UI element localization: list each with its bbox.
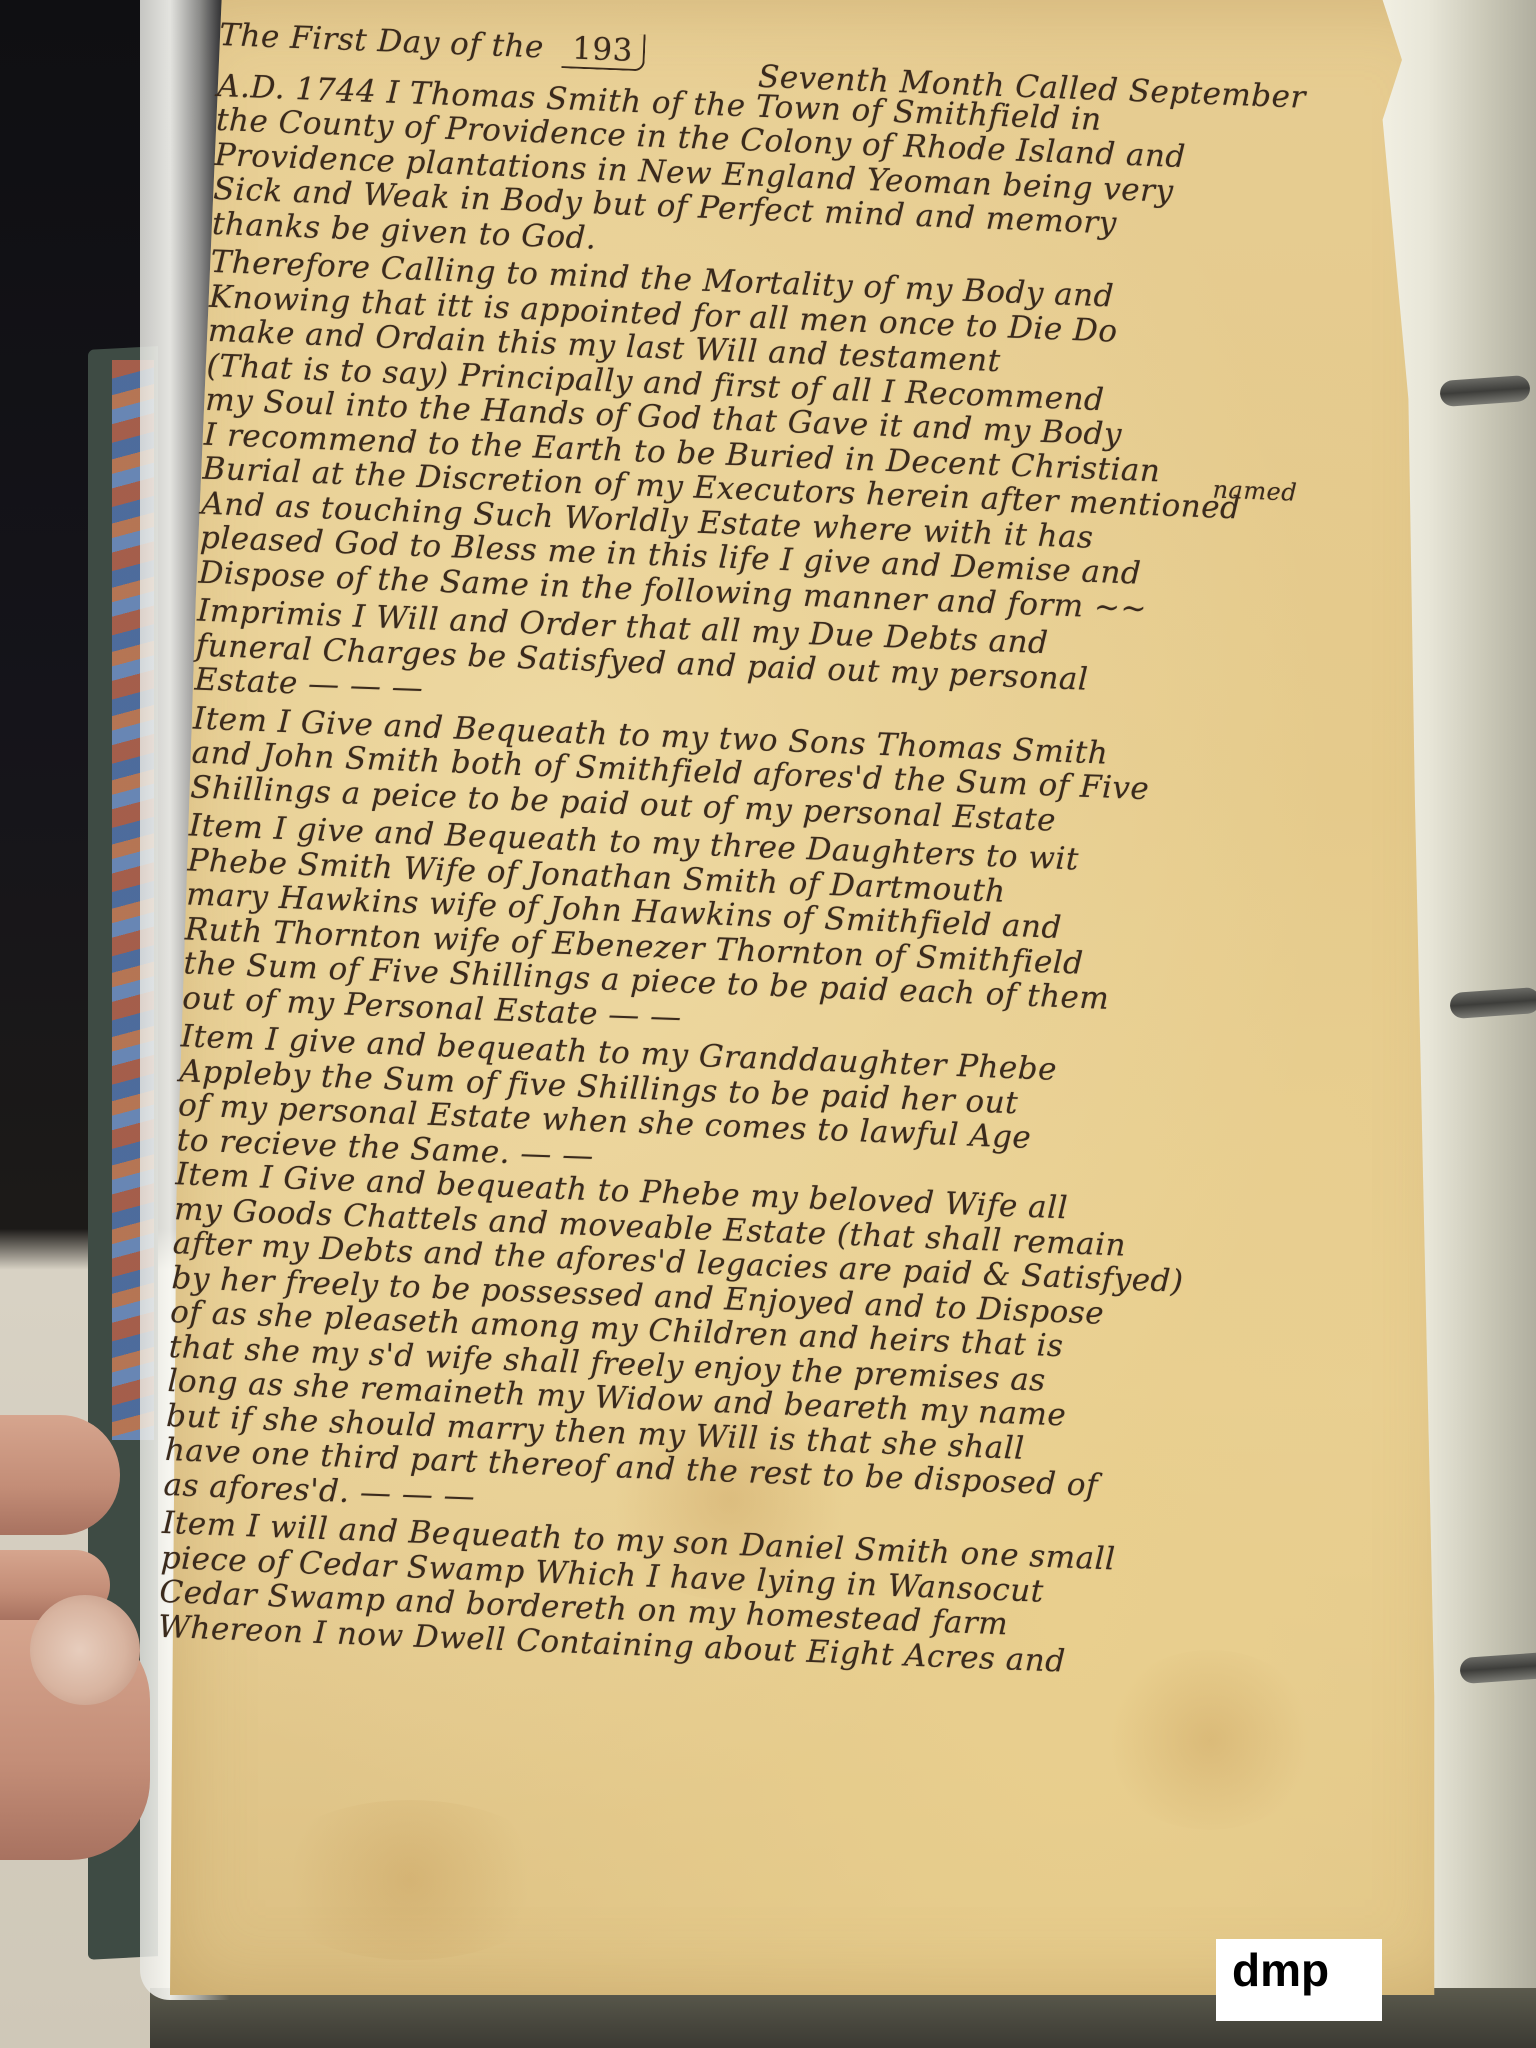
- thumbnail: [30, 1595, 140, 1705]
- binder-ring-icon: [1459, 1652, 1536, 1684]
- watermark-label: dmp: [1216, 1939, 1382, 2021]
- inserted-word: named: [1212, 472, 1298, 510]
- finger: [0, 1415, 120, 1535]
- page-number: 193: [561, 31, 645, 71]
- manuscript-text: The First Day of the 193 Seventh Month C…: [158, 18, 1400, 1689]
- paper-stain: [260, 1800, 560, 1960]
